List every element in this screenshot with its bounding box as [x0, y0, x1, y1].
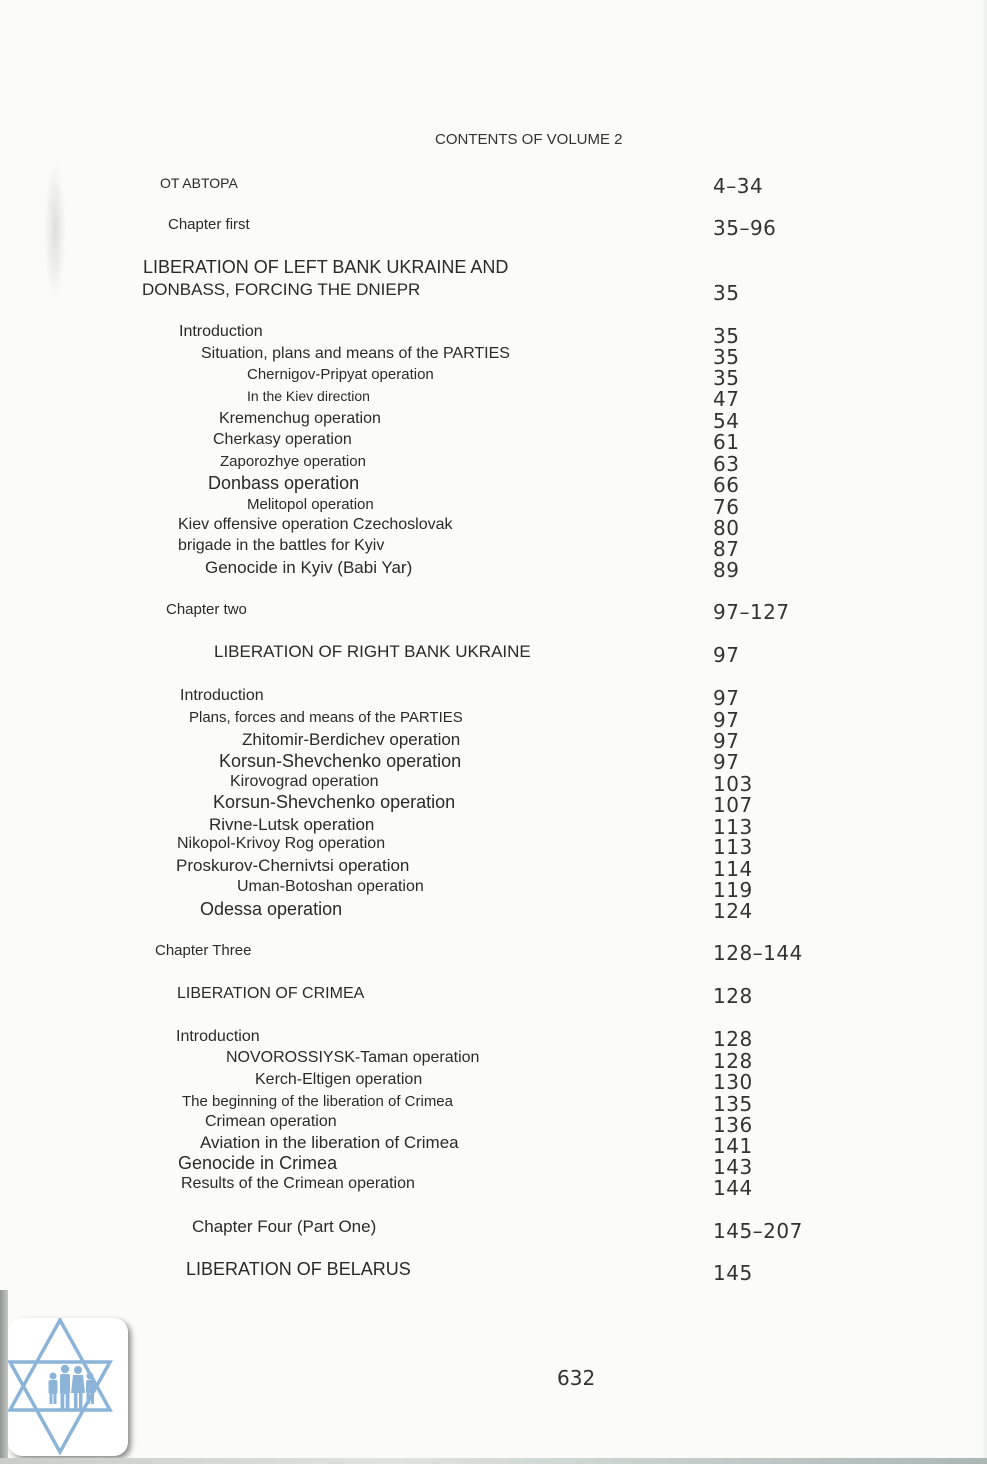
toc-page-ref: 128 [713, 984, 753, 1008]
toc-entry-item: Cherkasy operation [213, 431, 352, 449]
toc-entry-item: Kremenchug operation [219, 410, 381, 428]
toc-entry-item: Uman-Botoshan operation [237, 878, 424, 896]
toc-page-ref: 35 [713, 281, 739, 305]
toc-entry-item: Results of the Crimean operation [181, 1175, 415, 1193]
toc-entry-item: Introduction [176, 1028, 260, 1046]
toc-page-ref: 107 [713, 793, 753, 817]
toc-entry-item: Situation, plans and means of the PARTIE… [201, 345, 510, 363]
toc-page-ref: 144 [713, 1176, 753, 1200]
toc-entry-item: brigade in the battles for Kyiv [178, 537, 384, 555]
toc-page-ref: 130 [713, 1070, 753, 1094]
toc-entry-item: Korsun-Shevchenko operation [219, 751, 461, 772]
toc-entry-item: NOVOROSSIYSK-Taman operation [226, 1049, 479, 1067]
toc-entry-item: Introduction [180, 687, 264, 705]
toc-entry-item: The beginning of the liberation of Crime… [182, 1093, 453, 1110]
toc-entry-chapter: Chapter Three [155, 942, 251, 959]
toc-entry-item: Aviation in the liberation of Crimea [200, 1133, 459, 1153]
toc-page-ref: 145–207 [713, 1219, 803, 1243]
toc-entry-item: In the Kiev direction [247, 388, 370, 404]
toc-page-ref: 66 [713, 473, 739, 497]
scan-smudge [44, 160, 66, 300]
toc-entry-item: Nikopol-Krivoy Rog operation [177, 835, 385, 853]
toc-page-ref: 128 [713, 1027, 753, 1051]
toc-entry-chapter-title: LIBERATION OF CRIMEA [177, 985, 364, 1003]
toc-page-ref: 4–34 [713, 174, 763, 198]
toc-entry-item: Donbass operation [208, 473, 359, 494]
toc-entry-chapter: Chapter first [168, 216, 250, 233]
toc-entry-chapter: Chapter Four (Part One) [192, 1217, 376, 1237]
toc-page-ref: 97 [713, 686, 739, 710]
toc-entry-item: Korsun-Shevchenko operation [213, 792, 455, 813]
toc-entry-item: Crimean operation [205, 1113, 337, 1131]
page-edge [0, 1458, 987, 1464]
toc-entry-item: Zhitomir-Berdichev operation [242, 730, 460, 750]
toc-entry-item: Genocide in Kyiv (Babi Yar) [205, 558, 412, 578]
toc-entry-item: Odessa operation [200, 899, 342, 920]
toc-page-ref: 113 [713, 835, 753, 859]
toc-entry-chapter-title: LIBERATION OF BELARUS [186, 1259, 411, 1280]
toc-page-ref: 145 [713, 1261, 753, 1285]
toc-page-ref: 97 [713, 750, 739, 774]
toc-entry-item: Introduction [179, 323, 263, 341]
toc-entry-chapter-title: DONBASS, FORCING THE DNIEPR [142, 280, 420, 300]
toc-entry-item: Chernigov-Pripyat operation [247, 366, 434, 383]
toc-page-ref: 35–96 [713, 216, 776, 240]
toc-entry-item: Kirovograd operation [230, 773, 379, 791]
star-of-david-family-icon [8, 1318, 128, 1456]
toc-entry-item: Kiev offensive operation Czechoslovak [178, 516, 453, 534]
toc-page-ref: 128–144 [713, 941, 803, 965]
toc-entry-chapter: Chapter two [166, 601, 247, 618]
toc-page-ref: 61 [713, 430, 739, 454]
toc-entry-chapter-title: LIBERATION OF LEFT BANK UKRAINE AND [143, 257, 508, 278]
toc-entry-item: Zaporozhye operation [220, 453, 366, 470]
toc-entry-item: Proskurov-Chernivtsi operation [176, 856, 409, 876]
toc-entry-item: Kerch-Eltigen operation [255, 1071, 422, 1089]
toc-page-ref: 97–127 [713, 600, 790, 624]
toc-entry-item: Rivne-Lutsk operation [209, 815, 374, 835]
toc-entry-item: Melitopol operation [247, 496, 374, 513]
contents-heading-text: CONTENTS OF VOLUME 2 [435, 131, 623, 148]
toc-page-ref: 89 [713, 558, 739, 582]
page-number: 632 [557, 1366, 595, 1390]
toc-entry-section: OT ABTOPA [160, 175, 238, 191]
logo-badge [8, 1318, 128, 1456]
page-edge [0, 1290, 8, 1464]
toc-entry-item: Genocide in Crimea [178, 1153, 337, 1174]
toc-entry-chapter-title: LIBERATION OF RIGHT BANK UKRAINE [214, 642, 531, 662]
toc-page-ref: 124 [713, 899, 753, 923]
toc-entry-item: Plans, forces and means of the PARTIES [189, 709, 463, 726]
toc-page-ref: 47 [713, 387, 739, 411]
page-edge [981, 0, 987, 1464]
toc-page-ref: 97 [713, 643, 739, 667]
